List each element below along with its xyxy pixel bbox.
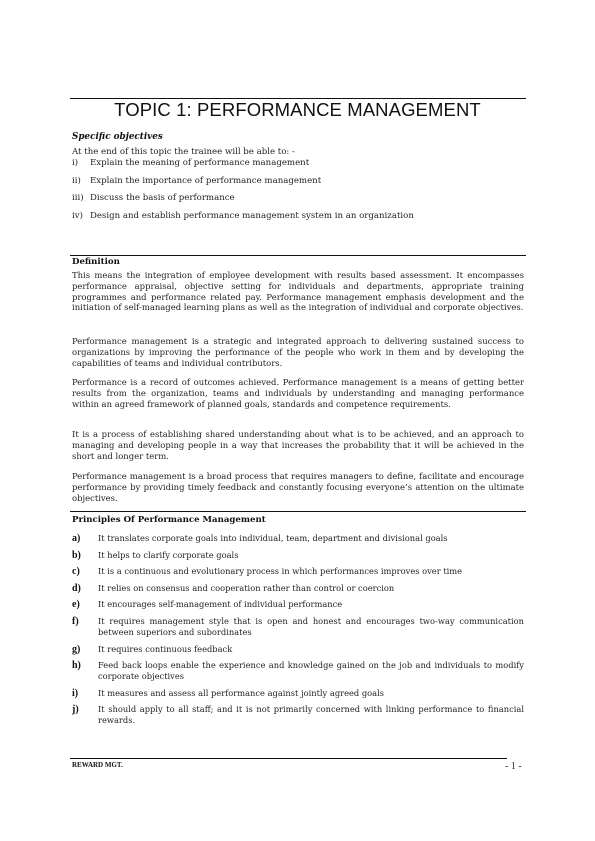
item-number: iv) xyxy=(72,211,90,229)
list-item: j)It should apply to all staff; and it i… xyxy=(72,704,524,726)
list-item: e)It encourages self-management of indiv… xyxy=(72,599,524,610)
definition-paragraph: This means the integration of employee d… xyxy=(72,270,524,313)
definition-paragraph: It is a process of establishing shared u… xyxy=(72,429,524,461)
definition-paragraph: Performance management is a broad proces… xyxy=(72,471,524,503)
footer-course-label: REWARD MGT. xyxy=(72,761,123,769)
item-text: It translates corporate goals into indiv… xyxy=(98,533,524,544)
list-item: iii)Discuss the basis of performance xyxy=(72,193,532,211)
item-letter: a) xyxy=(72,533,98,544)
item-letter: c) xyxy=(72,566,98,577)
item-number: ii) xyxy=(72,176,90,194)
item-letter: d) xyxy=(72,583,98,594)
item-number: iii) xyxy=(72,193,90,211)
page-title: TOPIC 1: PERFORMANCE MANAGEMENT xyxy=(70,99,525,121)
item-text: It requires management style that is ope… xyxy=(98,616,524,638)
objectives-heading: Specific objectives xyxy=(72,132,163,142)
item-text: It relies on consensus and cooperation r… xyxy=(98,583,524,594)
page-number: - 1 - xyxy=(505,761,522,772)
definition-paragraph: Performance management is a strategic an… xyxy=(72,336,524,368)
item-text: It measures and assess all performance a… xyxy=(98,688,524,699)
item-text: Discuss the basis of performance xyxy=(90,193,235,211)
item-text: Explain the meaning of performance manag… xyxy=(90,158,309,176)
item-text: It encourages self-management of individ… xyxy=(98,599,524,610)
item-letter: f) xyxy=(72,616,98,638)
item-text: Design and establish performance managem… xyxy=(90,211,414,229)
list-item: d)It relies on consensus and cooperation… xyxy=(72,583,524,594)
item-letter: h) xyxy=(72,660,98,682)
definition-paragraph: Performance is a record of outcomes achi… xyxy=(72,377,524,409)
principles-list: a)It translates corporate goals into ind… xyxy=(72,533,524,732)
item-text: It is a continuous and evolutionary proc… xyxy=(98,566,524,577)
list-item: ii)Explain the importance of performance… xyxy=(72,176,532,194)
item-letter: b) xyxy=(72,550,98,561)
objectives-list: i)Explain the meaning of performance man… xyxy=(72,158,532,228)
item-text: Explain the importance of performance ma… xyxy=(90,176,321,194)
objectives-intro: At the end of this topic the trainee wil… xyxy=(72,147,295,158)
item-text: It requires continuous feedback xyxy=(98,644,524,655)
list-item: iv)Design and establish performance mana… xyxy=(72,211,532,229)
item-text: Feed back loops enable the experience an… xyxy=(98,660,524,682)
item-letter: i) xyxy=(72,688,98,699)
list-item: f)It requires management style that is o… xyxy=(72,616,524,638)
list-item: h)Feed back loops enable the experience … xyxy=(72,660,524,682)
item-letter: j) xyxy=(72,704,98,726)
principles-heading: Principles Of Performance Management xyxy=(72,515,266,525)
list-item: c)It is a continuous and evolutionary pr… xyxy=(72,566,524,577)
item-letter: g) xyxy=(72,644,98,655)
item-letter: e) xyxy=(72,599,98,610)
list-item: i)It measures and assess all performance… xyxy=(72,688,524,699)
definition-heading: Definition xyxy=(72,257,120,267)
item-text: It helps to clarify corporate goals xyxy=(98,550,524,561)
list-item: b)It helps to clarify corporate goals xyxy=(72,550,524,561)
list-item: i)Explain the meaning of performance man… xyxy=(72,158,532,176)
item-text: It should apply to all staff; and it is … xyxy=(98,704,524,726)
definition-top-rule xyxy=(70,255,526,256)
list-item: g)It requires continuous feedback xyxy=(72,644,524,655)
document-page: TOPIC 1: PERFORMANCE MANAGEMENT Specific… xyxy=(0,0,595,841)
item-number: i) xyxy=(72,158,90,176)
footer-rule xyxy=(70,758,507,759)
principles-top-rule xyxy=(70,511,526,512)
list-item: a)It translates corporate goals into ind… xyxy=(72,533,524,544)
